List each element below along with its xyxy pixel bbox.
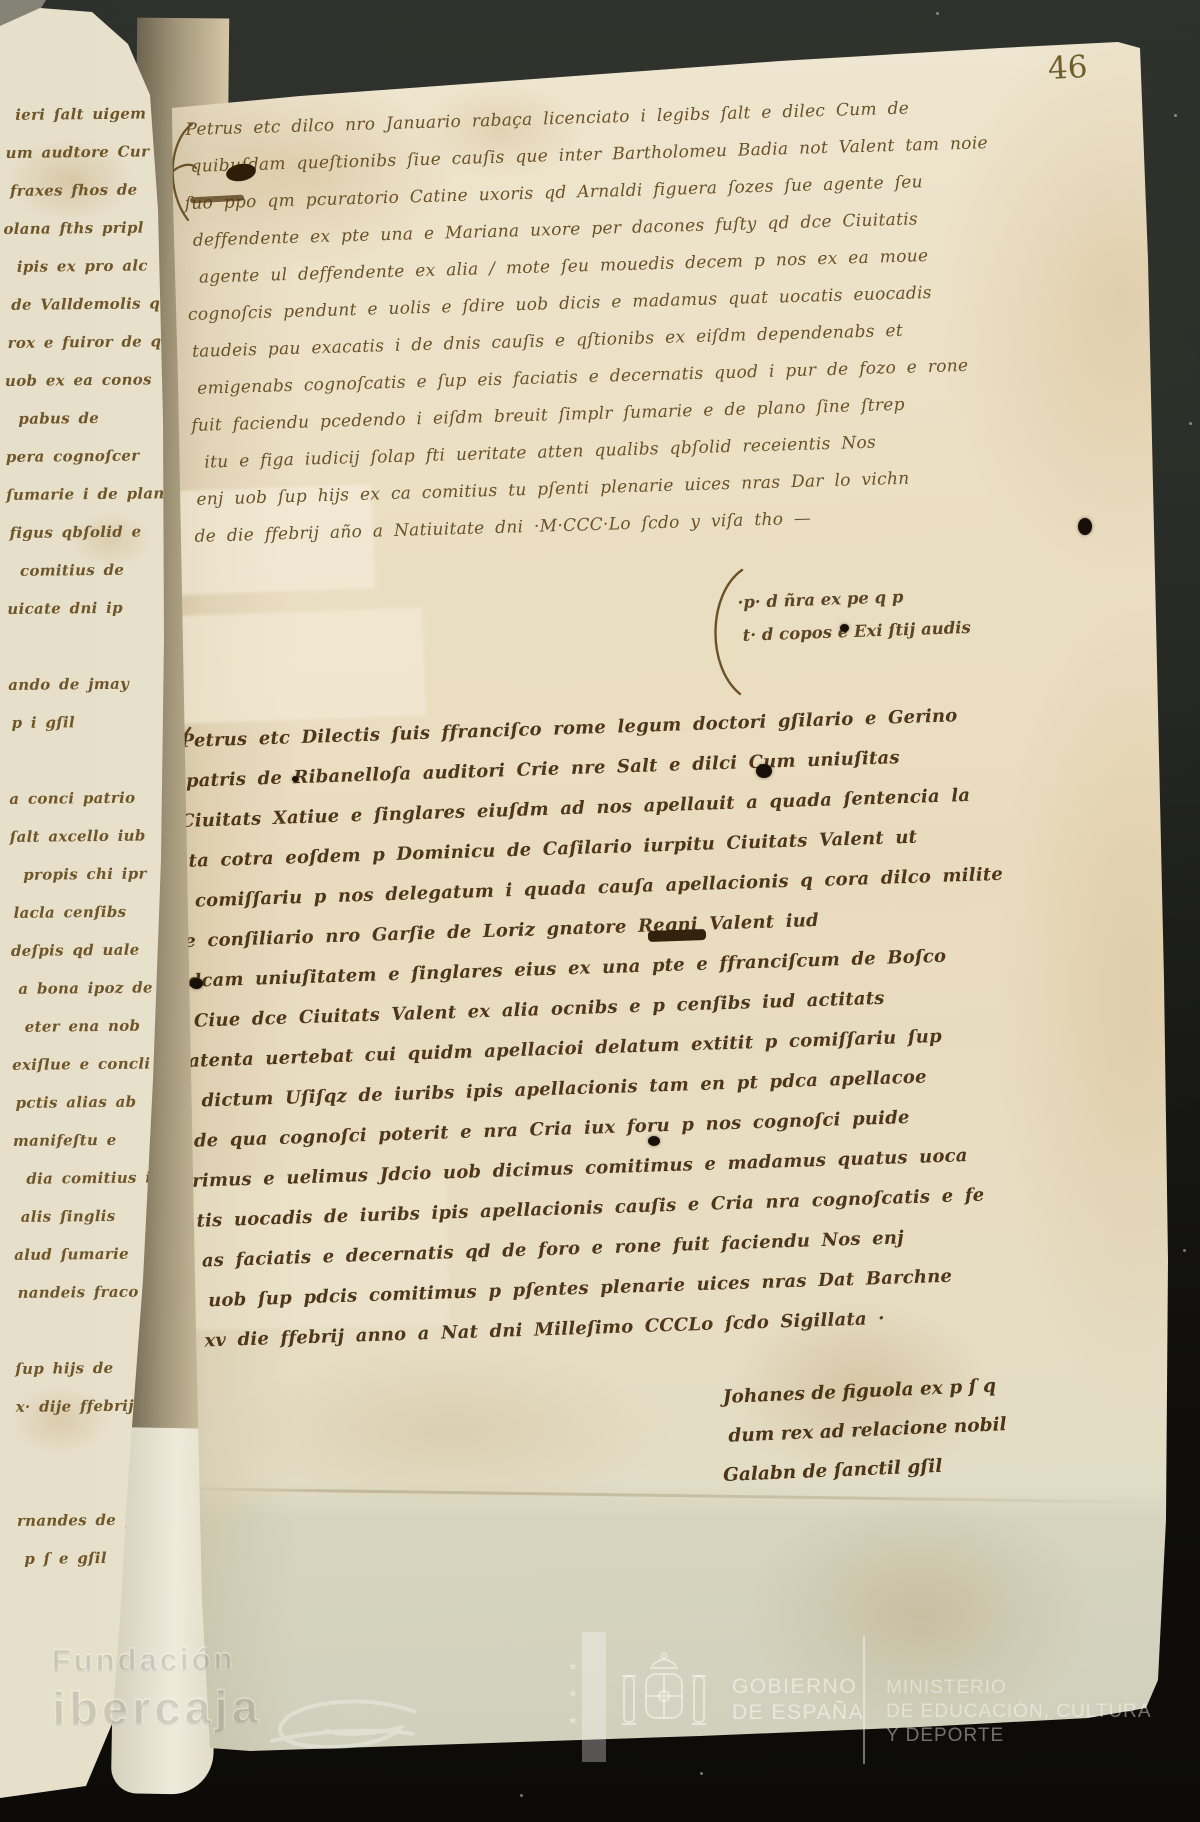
ministerio-line1: MINISTERIO [886,1676,1152,1700]
dust-speck [1183,1249,1186,1252]
notary-signature: Johanes de figuola ex p ſ qdum rex ad re… [722,1366,1009,1495]
gobierno-line2: DE ESPAÑA [732,1700,864,1726]
paragraph-2: Petrus etc Dilectis ſuis ffranciſco rome… [180,695,1018,1362]
watermark-fundacion-ibercaja: Fundación ibercaja [52,1641,262,1736]
folio-number: 46 [1047,49,1088,87]
manuscript-line: ſumarie i de plan [6,474,178,514]
manuscript-line: um audtore Cur [2,132,174,172]
manuscript-line [9,740,181,780]
manuscript-photo: ieri ſalt uigemum audtore Curfraxes fhos… [0,0,1200,1822]
manuscript-line: p i gſil [8,702,180,742]
worm-hole [756,764,772,778]
ministerio-text: MINISTERIO DE EDUCACIÓN, CULTURA Y DEPOR… [886,1676,1152,1748]
worm-hole [648,1136,660,1146]
flag-bar-icon [582,1632,606,1762]
marginal-note: ·p· d ñra ex pe q pt· d copos e Exi ſtij… [737,578,971,652]
manuscript-line: propis chi ipr [10,854,182,894]
manuscript-line: lacla cenſibs [10,892,182,932]
strikethrough-mark [648,929,706,942]
watermark-gobierno-de-espana: ★★★ GOBIERNO DE ESPAÑA MINISTERIO DE EDU… [560,1628,1190,1788]
manuscript-line: olana fths pripl [3,208,175,248]
dust-speck [1189,422,1192,425]
manuscript-line: de Valldemolis q [4,284,176,324]
manuscript-line: pera cognoſcer [6,436,178,476]
ibercaja-swirl-icon [268,1694,429,1757]
ibercaja-watermark-line1: Fundación [52,1641,262,1679]
manuscript-line: pabus de [5,398,177,438]
spain-coat-of-arms-icon [616,1650,712,1738]
manuscript-line: ieri ſalt uigem [2,94,174,134]
gobierno-line1: GOBIERNO [732,1674,864,1700]
manuscript-line: uob ex ea conos [5,360,177,400]
dust-speck [1174,114,1177,117]
gobierno-text: GOBIERNO DE ESPAÑA [732,1674,864,1726]
manuscript-line: fraxes fhos de [3,170,175,210]
dust-speck [936,12,939,15]
eu-stars-icon: ★★★ [568,1660,578,1727]
manuscript-line: ſalt axcello iub [10,816,182,856]
dust-speck [700,1772,703,1775]
manuscript-line: ando de jmay [8,664,180,704]
paragraph-1: Petrus etc dilco nro Januario rabaça lic… [185,88,999,556]
repair-patch [154,607,426,724]
manuscript-line: uicate dni ip [7,588,179,628]
worm-hole [840,624,849,632]
manuscript-line [8,626,180,666]
ministerio-line2: DE EDUCACIÓN, CULTURA [886,1700,1152,1724]
worm-hole [1078,518,1092,535]
dust-speck [520,1794,523,1797]
worm-hole [190,978,203,989]
manuscript-line: figus qbſolid e [6,512,178,552]
manuscript-line: a conci patrio [9,778,181,818]
ibercaja-watermark-line2: ibercaja [52,1679,262,1736]
manuscript-line: comitius de [7,550,179,590]
worm-hole [292,776,298,782]
manuscript-line: rox e fuiror de q [4,322,176,362]
ministerio-line3: Y DEPORTE [886,1724,1152,1748]
watermark-divider [863,1636,865,1764]
manuscript-line: ipis ex pro alc [4,246,176,286]
